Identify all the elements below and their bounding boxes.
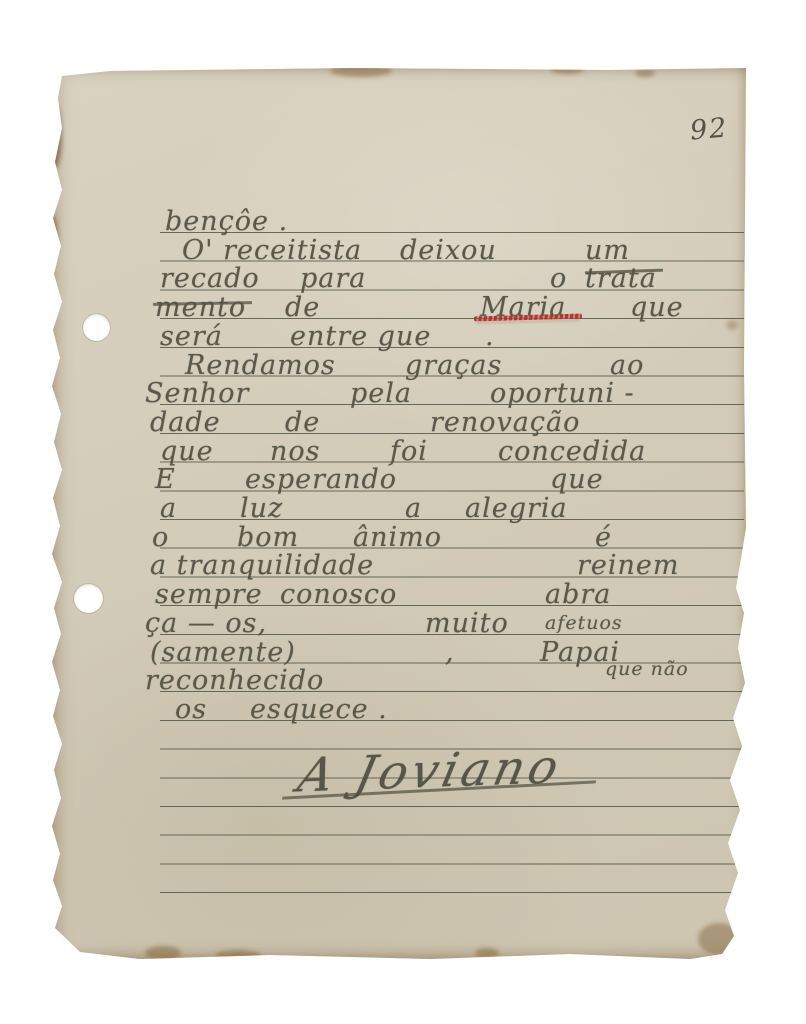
word-segment: trata <box>585 263 657 295</box>
word-segment: Rendamos <box>185 350 336 382</box>
word-segment: os <box>175 694 207 726</box>
paper-sheet: 92 bençôe .O' receitistadeixouumrecadopa… <box>50 68 746 959</box>
word-segment: conosco <box>280 579 397 611</box>
word-segment: concedida <box>498 436 646 468</box>
word-segment: graças <box>405 350 502 382</box>
word-segment: o <box>550 263 567 295</box>
word-segment: será <box>160 321 223 353</box>
word-segment: alegria <box>465 493 568 525</box>
word-segment: de <box>285 292 320 324</box>
word-segment: oportuni - <box>490 378 635 410</box>
scan-background: 92 bençôe .O' receitistadeixouumrecadopa… <box>0 0 806 1024</box>
word-segment: foi <box>390 436 428 468</box>
word-segment: a <box>160 493 177 525</box>
word-segment: O' receitista <box>182 235 362 267</box>
word-segment: que <box>630 292 684 324</box>
word-segment: E <box>155 464 176 496</box>
word-segment: Senhor <box>145 378 249 410</box>
word-segment: ao <box>610 350 644 382</box>
word-segment: nos <box>270 436 321 468</box>
word-segment: que não <box>605 654 689 684</box>
handwriting-layer: bençôe .O' receitistadeixouumrecadoparao… <box>50 68 746 959</box>
word-segment: um <box>585 235 630 267</box>
word-segment: o <box>152 522 169 554</box>
word-segment: dade <box>150 407 221 439</box>
handwriting-line: osesquece . <box>50 694 746 730</box>
word-segment: reconhecido <box>145 665 324 697</box>
word-segment: esquece . <box>250 694 388 726</box>
word-segment: entre gue <box>290 321 431 353</box>
word-segment: a tranquilidade <box>150 550 374 582</box>
word-segment: reinem <box>577 550 680 582</box>
word-segment: afetuos <box>545 608 623 638</box>
word-segment: para <box>300 263 366 295</box>
word-segment: . <box>485 321 495 353</box>
word-segment: esperando <box>245 464 397 496</box>
word-segment: ânimo <box>353 522 442 554</box>
word-segment: deixou <box>400 235 497 267</box>
word-segment: pela <box>350 378 412 410</box>
word-segment: recado <box>160 263 260 295</box>
word-segment: a <box>405 493 422 525</box>
word-segment: renovação <box>430 407 580 439</box>
word-segment: muito <box>425 608 509 640</box>
word-segment: bom <box>237 522 299 554</box>
word-segment: é <box>595 522 612 554</box>
word-segment: que <box>160 436 214 468</box>
word-segment: bençôe . <box>165 206 288 238</box>
word-segment: de <box>285 407 320 439</box>
word-segment: sempre <box>155 579 263 611</box>
word-segment: ça — os, <box>145 608 267 640</box>
word-segment: , <box>445 637 455 669</box>
torn-edge-stain <box>49 620 57 650</box>
word-segment: (samente) <box>150 637 296 669</box>
word-segment: luz <box>240 493 283 525</box>
word-segment: que <box>550 464 604 496</box>
word-segment: abra <box>545 579 611 611</box>
signature: A Joviano <box>293 739 567 803</box>
word-segment: Maria <box>480 292 566 324</box>
word-segment: mento <box>155 292 246 324</box>
